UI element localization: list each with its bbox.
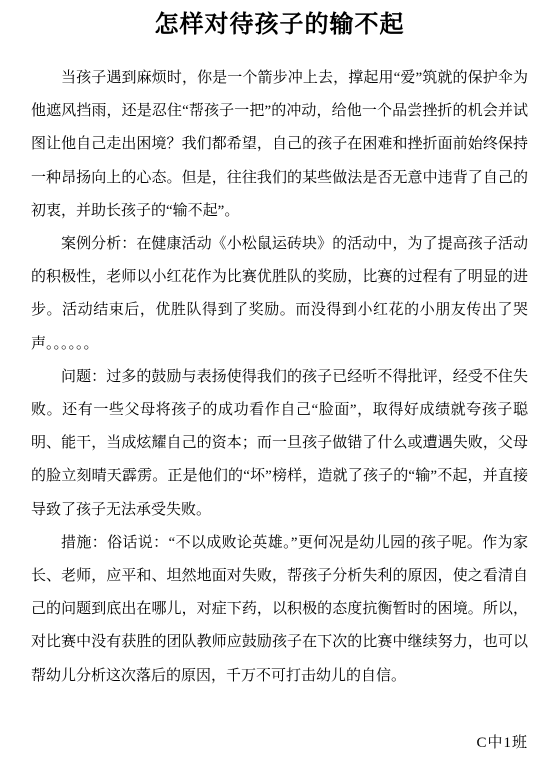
document-title: 怎样对待孩子的输不起: [0, 0, 559, 41]
document-page: 怎样对待孩子的输不起 当孩子遇到麻烦时，你是一个箭步冲上去，撑起用“爱”筑就的保…: [0, 0, 559, 768]
class-label: C中1班: [476, 734, 528, 752]
document-body: 当孩子遇到麻烦时，你是一个箭步冲上去，撑起用“爱”筑就的保护伞为他遮风挡雨，还是…: [31, 62, 528, 693]
paragraph-measures: 措施：俗话说：“不以成败论英雄。”更何况是幼儿园的孩子呢。作为家长、老师，应平和…: [31, 527, 528, 693]
paragraph-problem: 问题：过多的鼓励与表扬使得我们的孩子已经听不得批评，经受不住失败。还有一些父母将…: [31, 361, 528, 527]
paragraph-intro: 当孩子遇到麻烦时，你是一个箭步冲上去，撑起用“爱”筑就的保护伞为他遮风挡雨，还是…: [31, 62, 528, 228]
paragraph-case-analysis: 案例分析：在健康活动《小松鼠运砖块》的活动中，为了提高孩子活动的积极性，老师以小…: [31, 228, 528, 361]
